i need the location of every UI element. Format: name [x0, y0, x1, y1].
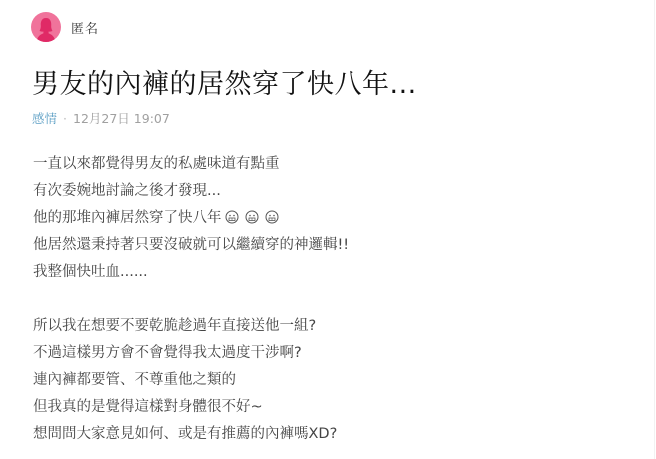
body-line: 想問問大家意見如何、或是有推薦的內褲嗎XD? — [33, 421, 349, 448]
female-avatar-icon[interactable] — [31, 12, 61, 42]
grimace-emoji-icon — [245, 210, 259, 224]
body-line: 一直以來都覺得男友的私處味道有點重 — [33, 151, 349, 178]
post-title: 男友的內褲的居然穿了快八年... — [32, 62, 417, 101]
body-line: 我整個快吐血...... — [33, 259, 349, 286]
body-line: 但我真的是覺得這樣對身體很不好~ — [33, 394, 349, 421]
post-page: 匿名 男友的內褲的居然穿了快八年... 感情·12月27日 19:07 一直以來… — [0, 0, 655, 459]
body-blank-line — [33, 286, 349, 313]
meta-separator: · — [63, 111, 67, 126]
author-name[interactable]: 匿名 — [71, 18, 99, 37]
post-body: 一直以來都覺得男友的私處味道有點重 有次委婉地討論之後才發現... 他的那堆內褲… — [33, 151, 349, 448]
body-line: 連內褲都要管、不尊重他之類的 — [33, 367, 349, 394]
author-block[interactable]: 匿名 — [31, 12, 99, 42]
post-meta: 感情·12月27日 19:07 — [32, 109, 170, 127]
body-line: 他居然還秉持著只要沒破就可以繼續穿的神邏輯!! — [33, 232, 349, 259]
grimace-emoji-icon — [265, 210, 279, 224]
body-line: 有次委婉地討論之後才發現... — [33, 178, 349, 205]
grimace-emoji-icon — [225, 210, 239, 224]
body-line-text: 他的那堆內褲居然穿了快八年 — [33, 210, 222, 226]
body-line: 不過這樣男方會不會覺得我太過度干涉啊? — [33, 340, 349, 367]
post-timestamp: 12月27日 19:07 — [73, 111, 170, 126]
body-line: 所以我在想要不要乾脆趁過年直接送他一組? — [33, 313, 349, 340]
category-link[interactable]: 感情 — [32, 111, 57, 126]
body-line-with-emojis: 他的那堆內褲居然穿了快八年 — [33, 205, 349, 232]
